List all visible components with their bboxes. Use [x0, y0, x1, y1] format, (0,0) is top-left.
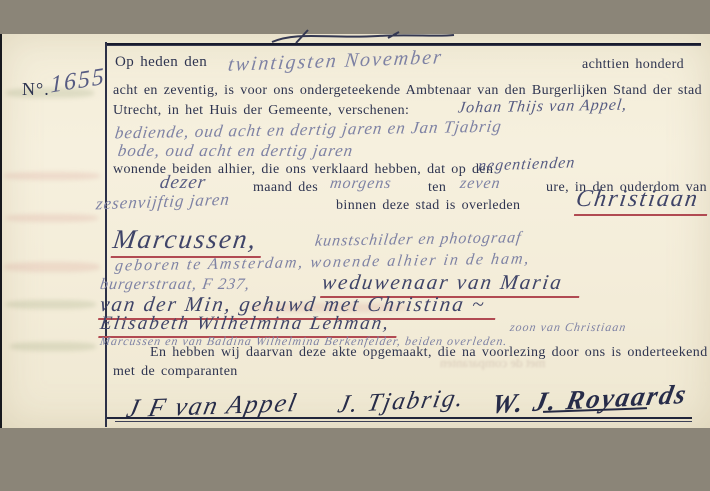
bottom-border-rule-2 [115, 421, 692, 422]
handwritten-profession: kunstschilder en photograaf [314, 229, 523, 251]
handwritten-comparant2-details: bode, oud acht en dertig jaren [117, 141, 355, 161]
handwritten-deceased-firstname: Christiaan [574, 186, 710, 216]
handwritten-death-hour: zeven [459, 175, 502, 193]
printed-met-de-comparanten: met de comparanten [113, 364, 238, 379]
printed-closing-line: En hebben wij daarvan deze akte opgemaak… [150, 345, 702, 361]
handwritten-death-day: negentienden [477, 154, 576, 175]
margin-divider-rule [105, 42, 107, 427]
page-left-edge [0, 34, 2, 428]
death-certificate-scan: met de comparanten N°. 1655 Op heden den… [0, 0, 710, 491]
printed-utrecht-gemeente: Utrecht, in het Huis der Gemeente, versc… [113, 103, 409, 118]
cutoff-signature-flourish [268, 27, 458, 44]
printed-maand-des: maand des [253, 180, 318, 195]
printed-op-heden-den: Op heden den [115, 54, 207, 70]
handwritten-morgens: morgens [329, 175, 393, 193]
handwritten-son-of: zoon van Christiaan [509, 320, 627, 335]
printed-achttien-honderd: achttien honderd [582, 57, 684, 72]
printed-binnen-deze-stad: binnen deze stad is overleden [336, 198, 520, 213]
handwritten-deceased-surname: Marcussen, [111, 224, 266, 258]
registration-number-label: N°. [22, 79, 50, 99]
handwritten-comparant1-name: Johan Thijs van Appel, [457, 97, 628, 118]
bottom-border-rule [107, 417, 692, 419]
printed-ten: ten [428, 180, 446, 195]
